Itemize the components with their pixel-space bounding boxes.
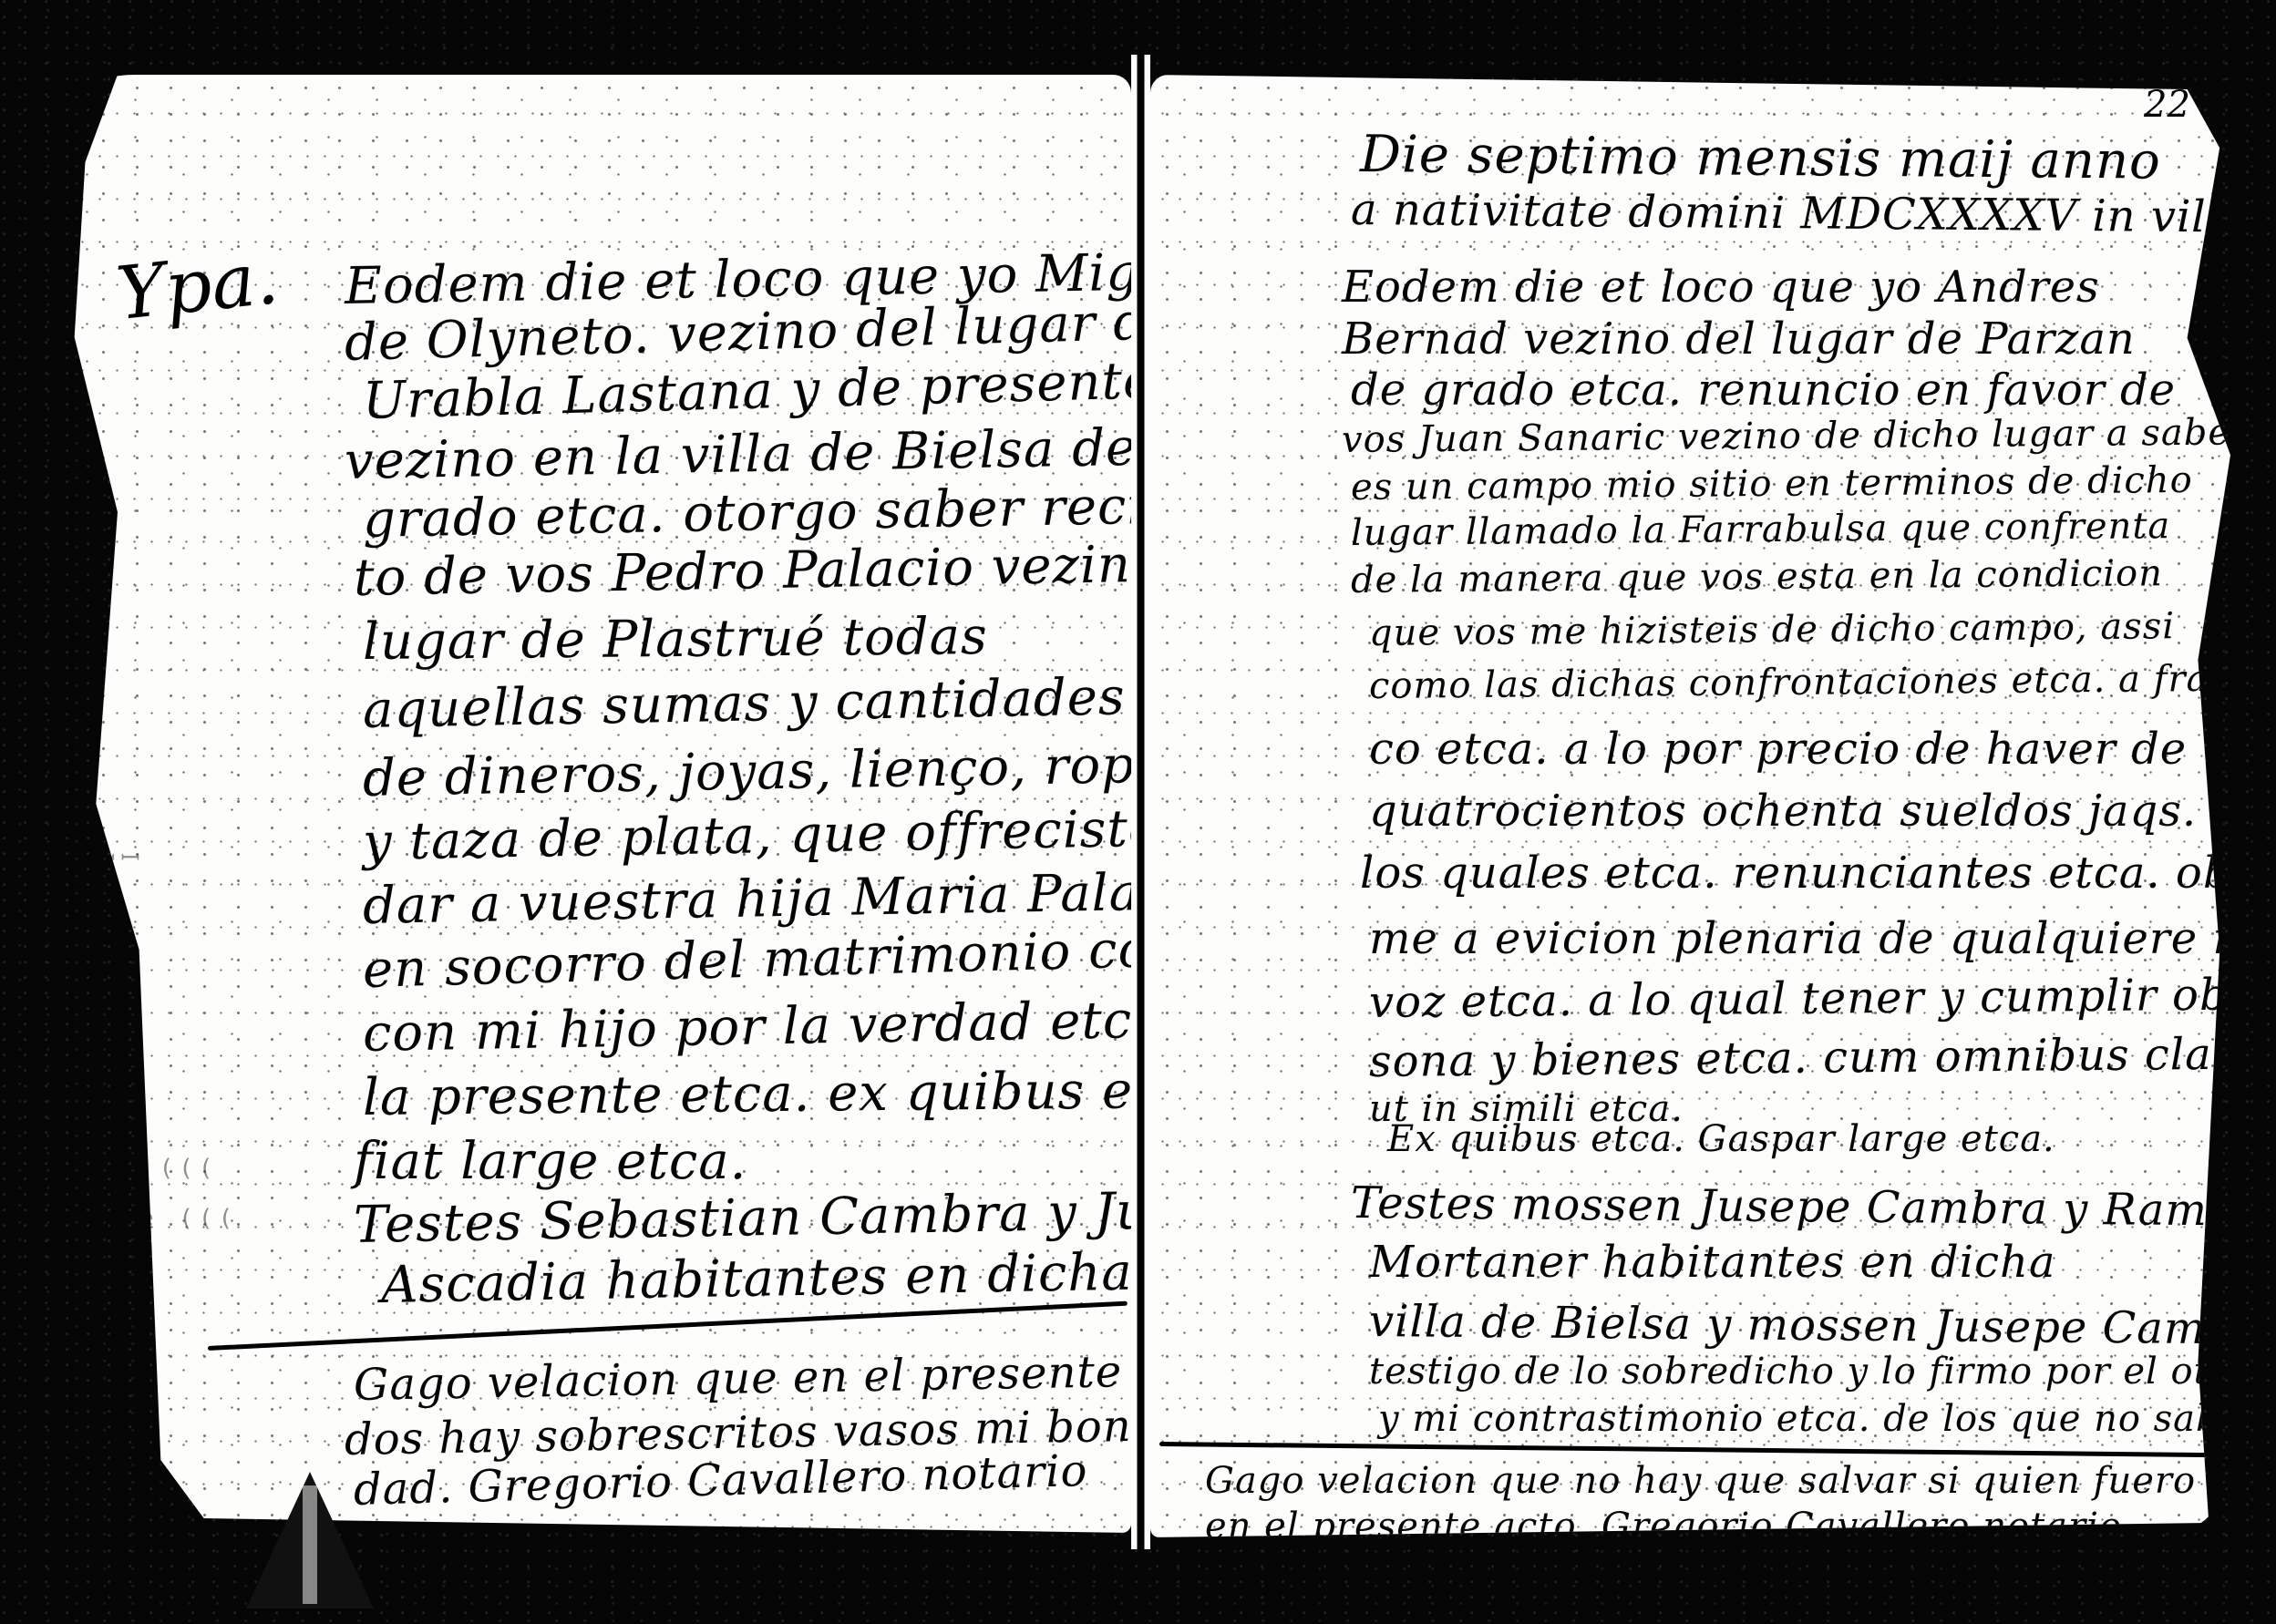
text-line: vos Juan Sanaric vezino de dicho lugar a… xyxy=(1342,411,2230,461)
folio-number: 22 xyxy=(2144,84,2190,126)
witness-line: Mortaner habitantes en dicha xyxy=(1369,1237,2056,1288)
text-line: Bernad vezino del lugar de Parzan xyxy=(1342,313,2136,365)
signature-line: Gago velacion que no hay que salvar si q… xyxy=(1205,1460,2196,1502)
text-line: aquellas sumas y cantidades xyxy=(362,667,1126,740)
text-line: es un campo mio sitio en terminos de dic… xyxy=(1351,459,2193,509)
text-line: me a evicion plenaria de qualquiere mala xyxy=(1369,913,2230,964)
right-page: 22 Die septimo mensis maij anno a nativi… xyxy=(1150,75,2230,1537)
header-line: a nativitate domini MDCXXXXV in villa de… xyxy=(1351,184,2230,245)
scanned-document: Ypa. ꟷꟷꟷ ((( ((( Dase ((( Eodem die et l… xyxy=(0,0,2276,1624)
text-line: Eodem die et loco que yo Andres xyxy=(1342,262,2100,313)
text-line: fiat large etca. xyxy=(354,1132,747,1191)
text-line: Testes Sebastian Cambra y Juan xyxy=(353,1181,1131,1255)
text-line: la presente etca. ex quibus etca. xyxy=(363,1061,1131,1127)
text-line: quatrocientos ochenta sueldos jaqs. xyxy=(1369,786,2197,837)
text-line: que vos me hizisteis de dicho campo, ass… xyxy=(1369,605,2175,654)
witness-line: Testes mossen Jusepe Cambra y Ramon xyxy=(1351,1177,2230,1237)
text-line: de dineros, joyas, lienço, ropa xyxy=(362,735,1131,808)
text-line: con mi hijo por la verdad etca. otorgo xyxy=(362,987,1131,1064)
section-divider-rule xyxy=(1159,1442,2226,1457)
text-line: voz etca. a lo qual tener y cumplir obli… xyxy=(1369,967,2230,1028)
text-line: de grado etca. renuncio en favor de xyxy=(1351,365,2176,416)
header-line: Die septimo mensis maij anno xyxy=(1360,125,2161,191)
margin-note-ypa: Ypa. xyxy=(113,235,283,336)
text-line: y taza de plata, que offrecisteis xyxy=(362,798,1131,872)
notary-signature: en el presente acto, Gregorio Cavallero … xyxy=(1205,1506,2122,1537)
binding-gutter xyxy=(1131,55,1150,1549)
signature-line: Gago velacion que en el presente acto xyxy=(354,1344,1131,1411)
text-line: co etca. a lo por precio de haver de xyxy=(1369,724,2187,775)
faded-margin-mark: ((( ((( xyxy=(80,1155,219,1182)
left-page: Ypa. ꟷꟷꟷ ((( ((( Dase ((( Eodem die et l… xyxy=(53,75,1131,1533)
witness-line: y mi contrastimonio etca. de los que no … xyxy=(1378,1398,2230,1440)
faded-margin-mark: ꟷꟷꟷ xyxy=(71,840,146,873)
folded-page-corner xyxy=(246,1472,374,1609)
text-line: lugar llamado la Farrabulsa que confrent… xyxy=(1351,505,2171,554)
text-line: de la manera que vos esta en la condicio… xyxy=(1351,552,2163,601)
text-line: los quales etca. renunciantes etca. obli… xyxy=(1360,848,2230,899)
witness-line: testigo de lo sobredicho y lo firmo por … xyxy=(1369,1351,2230,1393)
text-line: lugar de Plastrué todas xyxy=(363,607,988,672)
text-line: como las dichas confrontaciones etca. a … xyxy=(1369,658,2230,707)
witness-line: villa de Bielsa y mossen Jusepe Cambra s… xyxy=(1369,1296,2230,1356)
faded-margin-mark: Dase ((( xyxy=(80,1205,238,1232)
text-line: Ex quibus etca. Gaspar large etca. xyxy=(1387,1118,2055,1160)
text-line: sona y bienes etca. cum omnibus clausuli… xyxy=(1369,1026,2230,1087)
